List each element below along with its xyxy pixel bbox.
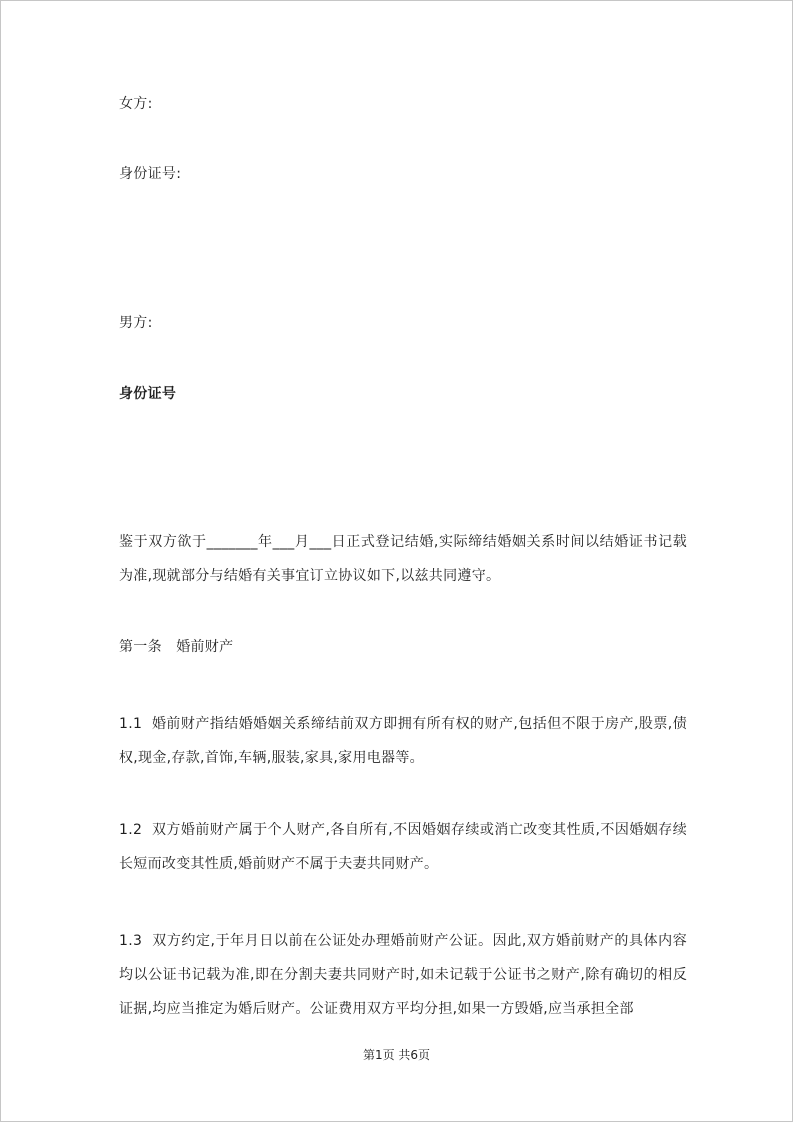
clause-1-3: 1.3 双方约定,于年月日以前在公证处办理婚前财产公证。因此,双方婚前财产的具体… [119, 924, 687, 1026]
clause-1-2: 1.2 双方婚前财产属于个人财产,各自所有,不因婚姻存续或消亡改变其性质,不因婚… [119, 813, 687, 881]
party-man-label: 男方: [119, 306, 153, 340]
woman-id-label: 身份证号: [119, 157, 181, 191]
preamble-paragraph: 鉴于双方欲于_______年___月___日正式登记结婚,实际缔结婚姻关系时间以… [119, 525, 687, 593]
man-id-label: 身份证号 [119, 377, 176, 411]
document-page: 女方: 身份证号: 男方: 身份证号 鉴于双方欲于_______年___月___… [0, 0, 793, 1122]
party-woman-label: 女方: [119, 87, 153, 121]
clause-1-1: 1.1 婚前财产指结婚婚姻关系缔结前双方即拥有所有权的财产,包括但不限于房产,股… [119, 707, 687, 775]
article-1-heading: 第一条 婚前财产 [119, 630, 233, 664]
page-number-footer: 第1页 共6页 [1, 1047, 792, 1063]
